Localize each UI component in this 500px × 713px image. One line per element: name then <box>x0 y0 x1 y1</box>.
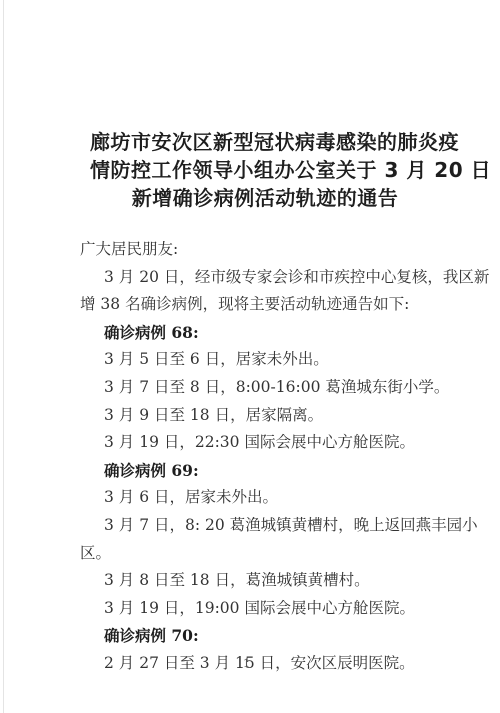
case-entry: 3 月 19 日，19:00 国际会展中心方舱医院。 <box>80 595 440 623</box>
title-line: 新增确诊病例活动轨迹的通告 <box>90 184 440 212</box>
document-body: 广大居民朋友: 3 月 20 日，经市级专家会诊和市疾控中心复核，我区新 增 3… <box>80 236 440 678</box>
case-heading-69: 确诊病例 69: <box>80 457 440 485</box>
case-entry: 3 月 5 日至 6 日，居家未外出。 <box>80 346 440 374</box>
case-entry: 3 月 7 日，8: 20 葛渔城镇黄槽村，晚上返回燕丰园小 <box>80 512 440 540</box>
page-edge <box>3 0 4 713</box>
page-number: 1 <box>243 657 250 670</box>
case-entry: 2 月 27 日至 3 月 15 日，安次区辰明医院。 <box>80 650 440 678</box>
case-entry: 3 月 6 日，居家未外出。 <box>80 484 440 512</box>
document-title: 廊坊市安次区新型冠状病毒感染的肺炎疫 情防控工作领导小组办公室关于 3 月 20… <box>90 128 440 212</box>
case-entry: 3 月 9 日至 18 日，居家隔离。 <box>80 402 440 430</box>
case-entry-continuation: 区。 <box>80 540 440 568</box>
case-heading-70: 确诊病例 70: <box>80 622 440 650</box>
salutation: 广大居民朋友: <box>80 236 440 264</box>
title-line: 廊坊市安次区新型冠状病毒感染的肺炎疫 <box>90 128 440 156</box>
intro-line: 增 38 名确诊病例，现将主要活动轨迹通告如下: <box>80 291 440 319</box>
intro-line: 3 月 20 日，经市级专家会诊和市疾控中心复核，我区新 <box>80 264 440 292</box>
case-entry: 3 月 7 日至 8 日，8:00-16:00 葛渔城东街小学。 <box>80 374 440 402</box>
case-heading-68: 确诊病例 68: <box>80 319 440 347</box>
title-line: 情防控工作领导小组办公室关于 3 月 20 日 <box>90 156 440 184</box>
case-entry: 3 月 8 日至 18 日，葛渔城镇黄槽村。 <box>80 567 440 595</box>
case-entry: 3 月 19 日，22:30 国际会展中心方舱医院。 <box>80 429 440 457</box>
